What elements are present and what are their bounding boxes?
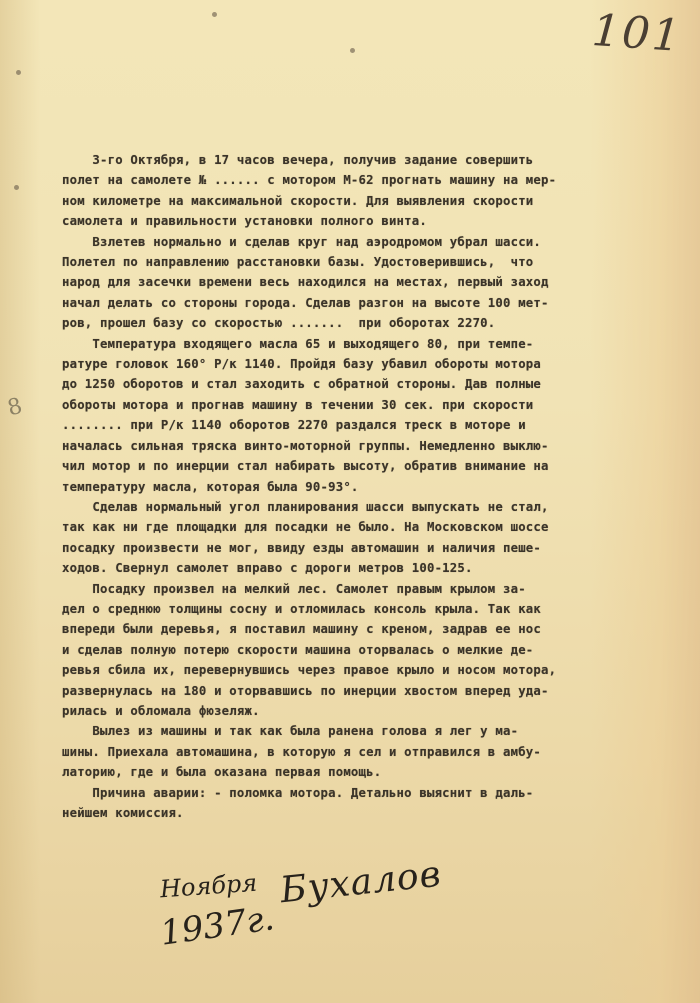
- signature-year: 1937г.: [158, 898, 277, 954]
- text-line: и сделав полную потерю скорости машина о…: [62, 640, 700, 660]
- signature-block: Ноября Бухалов 1937г.: [160, 862, 442, 903]
- text-line: температуру масла, которая была 90-93°.: [62, 477, 700, 497]
- signature-name: Бухалов: [279, 854, 444, 912]
- paragraph: Сделав нормальный угол планирования шасс…: [62, 497, 700, 579]
- paragraph: Вылез из машины и так как была ранена го…: [62, 721, 700, 782]
- folio-number: 101: [590, 5, 683, 62]
- paragraph: Посадку произвел на мелкий лес. Самолет …: [62, 579, 700, 722]
- text-line: до 1250 оборотов и стал заходить с обрат…: [62, 374, 700, 394]
- text-line: Посадку произвел на мелкий лес. Самолет …: [62, 579, 700, 599]
- text-line: Сделав нормальный угол планирования шасс…: [62, 497, 700, 517]
- text-line: обороты мотора и прогнав машину в течени…: [62, 395, 700, 415]
- text-line: началась сильная тряска винто-моторной г…: [62, 436, 700, 456]
- text-line: посадку произвести не мог, ввиду езды ав…: [62, 538, 700, 558]
- paragraph: Взлетев нормально и сделав круг над аэро…: [62, 232, 700, 334]
- binder-hole: [16, 70, 21, 75]
- text-line: шины. Приехала автомашина, в которую я с…: [62, 742, 700, 762]
- paragraph: Температура входящего масла 65 и выходящ…: [62, 334, 700, 497]
- text-line: развернулась на 180 и оторвавшись по ине…: [62, 681, 700, 701]
- text-line: ходов. Свернул самолет вправо с дороги м…: [62, 558, 700, 578]
- paper-speck: [212, 12, 217, 17]
- text-line: ном километре на максимальной скорости. …: [62, 191, 700, 211]
- text-line: так как ни где площадки для посадки не б…: [62, 517, 700, 537]
- text-line: рилась и обломала фюзеляж.: [62, 701, 700, 721]
- text-line: самолета и правильности установки полног…: [62, 211, 700, 231]
- text-line: Взлетев нормально и сделав круг над аэро…: [62, 232, 700, 252]
- text-line: начал делать со стороны города. Сделав р…: [62, 293, 700, 313]
- paragraph: Причина аварии: - поломка мотора. Деталь…: [62, 783, 700, 824]
- text-line: Полетел по направлению расстановки базы.…: [62, 252, 700, 272]
- paragraph: 3-го Октября, в 17 часов вечера, получив…: [62, 150, 700, 232]
- text-line: Температура входящего масла 65 и выходящ…: [62, 334, 700, 354]
- text-line: латорию, где и была оказана первая помощ…: [62, 762, 700, 782]
- text-line: ........ при Р/к 1140 оборотов 2270 разд…: [62, 415, 700, 435]
- text-line: чил мотор и по инерции стал набирать выс…: [62, 456, 700, 476]
- text-line: дел о среднюю толщины сосну и отломилась…: [62, 599, 700, 619]
- text-line: нейшем комиссия.: [62, 803, 700, 823]
- text-line: Причина аварии: - поломка мотора. Деталь…: [62, 783, 700, 803]
- paper-speck: [350, 48, 355, 53]
- text-line: ратуре головок 160° Р/к 1140. Пройдя баз…: [62, 354, 700, 374]
- signature-month: Ноября: [159, 869, 258, 904]
- text-line: Вылез из машины и так как была ранена го…: [62, 721, 700, 741]
- document-page: 101 8 3-го Октября, в 17 часов вечера, п…: [0, 0, 700, 1003]
- text-line: полет на самолете № ...... с мотором М-6…: [62, 170, 700, 190]
- text-line: 3-го Октября, в 17 часов вечера, получив…: [62, 150, 700, 170]
- text-line: народ для засечки времени весь находился…: [62, 272, 700, 292]
- binder-hole: [14, 185, 19, 190]
- text-line: впереди были деревья, я поставил машину …: [62, 619, 700, 639]
- text-line: ров, прошел базу со скоростью ....... пр…: [62, 313, 700, 333]
- typewritten-report: 3-го Октября, в 17 часов вечера, получив…: [62, 150, 700, 823]
- text-line: ревья сбила их, перевернувшись через пра…: [62, 660, 700, 680]
- margin-annotation: 8: [5, 394, 25, 422]
